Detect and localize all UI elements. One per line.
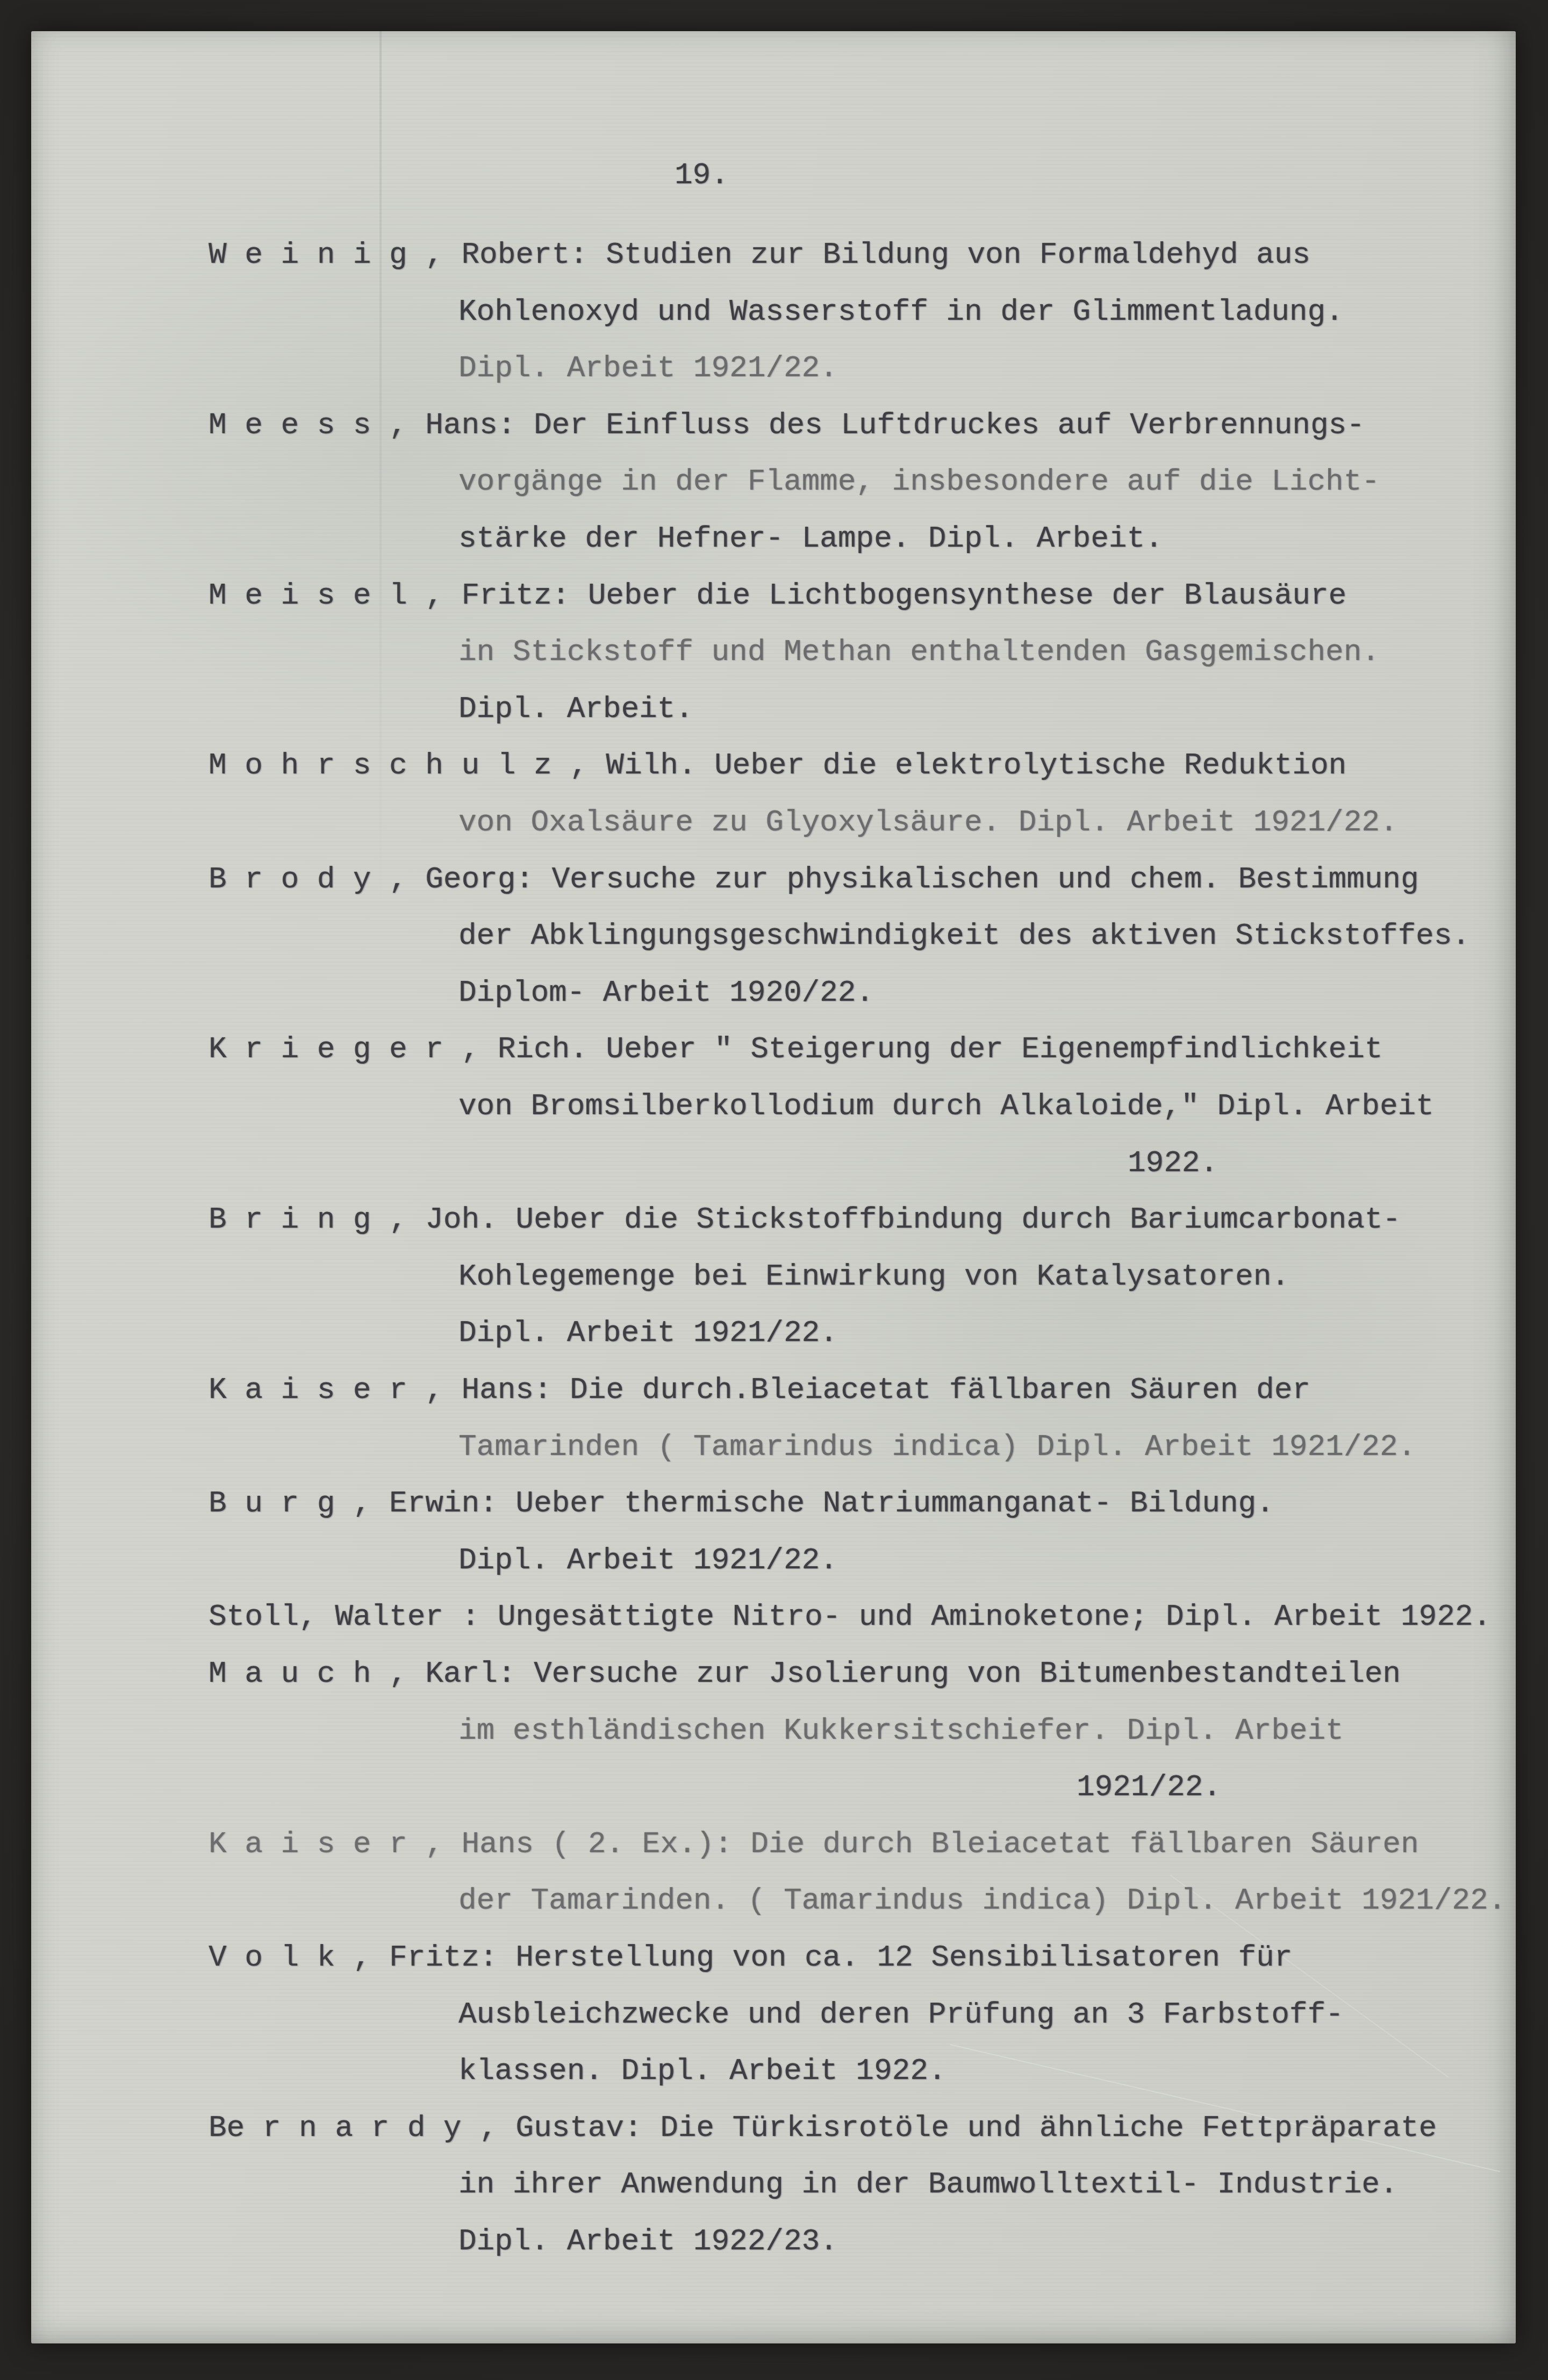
typed-line: K a i s e r , Hans ( 2. Ex.): Die durch … bbox=[209, 1827, 1419, 1861]
typed-line: Dipl. Arbeit 1922/23. bbox=[458, 2224, 838, 2259]
typed-line: in ihrer Anwendung in der Baumwolltextil… bbox=[458, 2167, 1397, 2202]
typed-line: vorgänge in der Flamme, insbesondere auf… bbox=[458, 464, 1380, 499]
typed-line: Dipl. Arbeit 1921/22. bbox=[458, 1543, 838, 1578]
typed-line: M a u c h , Karl: Versuche zur Jsolierun… bbox=[209, 1657, 1401, 1691]
typed-line: der Abklingungsgeschwindigkeit des aktiv… bbox=[458, 919, 1470, 953]
typed-line: B u r g , Erwin: Ueber thermische Natriu… bbox=[209, 1486, 1274, 1521]
typed-line: Tamarinden ( Tamarindus indica) Dipl. Ar… bbox=[458, 1430, 1416, 1464]
typed-line: Diplom- Arbeit 1920/22. bbox=[458, 976, 874, 1010]
typed-line: klassen. Dipl. Arbeit 1922. bbox=[458, 2054, 946, 2088]
typed-line: stärke der Hefner- Lampe. Dipl. Arbeit. bbox=[458, 521, 1163, 556]
typed-line: Dipl. Arbeit 1921/22. bbox=[458, 351, 838, 385]
typed-line: von Bromsilberkollodium durch Alkaloide,… bbox=[458, 1089, 1434, 1123]
typed-line: von Oxalsäure zu Glyoxylsäure. Dipl. Arb… bbox=[458, 805, 1397, 840]
typed-line: Ausbleichzwecke und deren Prüfung an 3 F… bbox=[458, 1997, 1344, 2032]
typed-line: Be r n a r d y , Gustav: Die Türkisrotöl… bbox=[209, 2111, 1437, 2145]
typed-line: K a i s e r , Hans: Die durch.Bleiacetat… bbox=[209, 1373, 1310, 1407]
document-page: 19. W e i n i g , Robert: Studien zur Bi… bbox=[31, 31, 1516, 2343]
typed-line: M e e s s , Hans: Der Einfluss des Luftd… bbox=[209, 408, 1365, 442]
typed-line: Kohlenoxyd und Wasserstoff in der Glimme… bbox=[458, 295, 1344, 329]
typed-line: B r i n g , Joh. Ueber die Stickstoffbin… bbox=[209, 1202, 1401, 1237]
scan-background: 19. W e i n i g , Robert: Studien zur Bi… bbox=[0, 0, 1548, 2380]
typed-line: Kohlegemenge bei Einwirkung von Katalysa… bbox=[458, 1259, 1289, 1294]
typed-text-block: W e i n i g , Robert: Studien zur Bildun… bbox=[31, 31, 1516, 2343]
typed-line: W e i n i g , Robert: Studien zur Bildun… bbox=[209, 238, 1310, 272]
typed-line: Dipl. Arbeit 1921/22. bbox=[458, 1316, 838, 1350]
typed-line: K r i e g e r , Rich. Ueber " Steigerung… bbox=[209, 1032, 1382, 1066]
typed-line: der Tamarinden. ( Tamarindus indica) Dip… bbox=[458, 1883, 1506, 1918]
typed-line: M o h r s c h u l z , Wilh. Ueber die el… bbox=[209, 748, 1346, 783]
typed-line: in Stickstoff und Methan enthaltenden Ga… bbox=[458, 635, 1380, 669]
typed-line: 1921/22. bbox=[1077, 1770, 1221, 1804]
typed-line: V o l k , Fritz: Herstellung von ca. 12 … bbox=[209, 1940, 1292, 1975]
typed-line: M e i s e l , Fritz: Ueber die Lichtboge… bbox=[209, 578, 1346, 613]
typed-line: B r o d y , Georg: Versuche zur physikal… bbox=[209, 862, 1419, 897]
typed-line: Dipl. Arbeit. bbox=[458, 692, 693, 726]
typed-line: 1922. bbox=[1128, 1146, 1218, 1180]
typed-line: im esthländischen Kukkersitschiefer. Dip… bbox=[458, 1714, 1344, 1748]
typed-line: Stoll, Walter : Ungesättigte Nitro- und … bbox=[209, 1600, 1491, 1634]
